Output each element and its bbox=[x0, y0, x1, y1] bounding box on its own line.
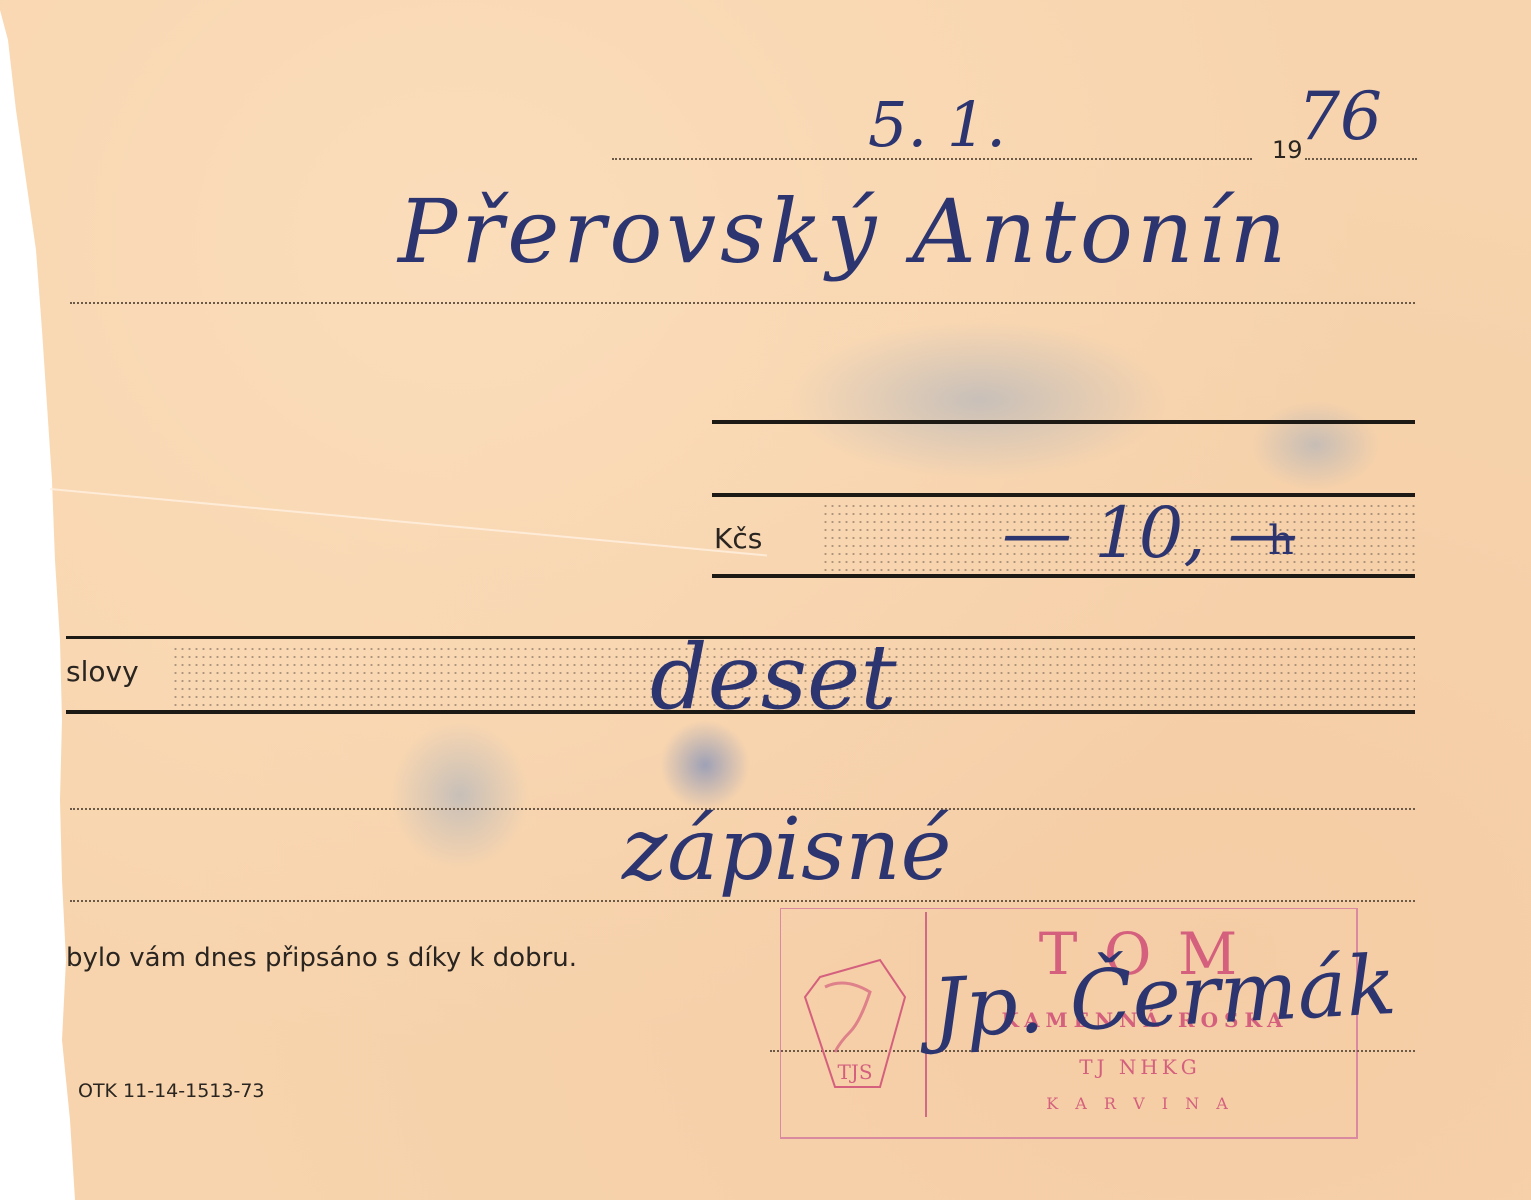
faint-ink-stain bbox=[390, 720, 530, 870]
stamp-line-2: TJ NHKG bbox=[990, 1055, 1290, 1079]
name-dotted-line bbox=[70, 302, 1415, 304]
faint-ink-stain bbox=[660, 720, 750, 810]
payer-name: Přerovský Antonín bbox=[398, 180, 1290, 283]
footer-statement: bylo vám dnes připsáno s díky k dobru. bbox=[66, 943, 577, 973]
amount-in-words: deset bbox=[650, 625, 897, 730]
faint-ink-stain bbox=[790, 320, 1170, 480]
form-code: OTK 11-14-1513-73 bbox=[78, 1080, 265, 1102]
faint-ink-stain bbox=[1250, 400, 1380, 490]
amount-top-rule bbox=[712, 420, 1415, 424]
year-suffix: 76 bbox=[1298, 78, 1382, 155]
amount-bottom-rule bbox=[712, 574, 1415, 578]
stamp-line-3: K A R V I N A bbox=[990, 1094, 1290, 1113]
purpose-dotted-line-2 bbox=[70, 900, 1415, 902]
currency-label: Kčs bbox=[714, 522, 762, 555]
year-dotted-line bbox=[1305, 158, 1417, 160]
amount-value: — 10, — bbox=[1002, 492, 1298, 574]
words-label: slovy bbox=[66, 655, 139, 688]
date-dotted-line bbox=[612, 158, 1252, 160]
words-bottom-rule bbox=[66, 710, 1415, 714]
stamp-inner-divider bbox=[925, 912, 927, 1117]
amount-haler-suffix: h bbox=[1268, 518, 1294, 564]
payment-purpose: zápisné bbox=[622, 800, 952, 900]
stamp-emblem-text: TJS bbox=[820, 1060, 890, 1084]
stamp-emblem-icon: TJS bbox=[800, 952, 910, 1092]
date-day-month: 5. 1. bbox=[868, 88, 1006, 161]
